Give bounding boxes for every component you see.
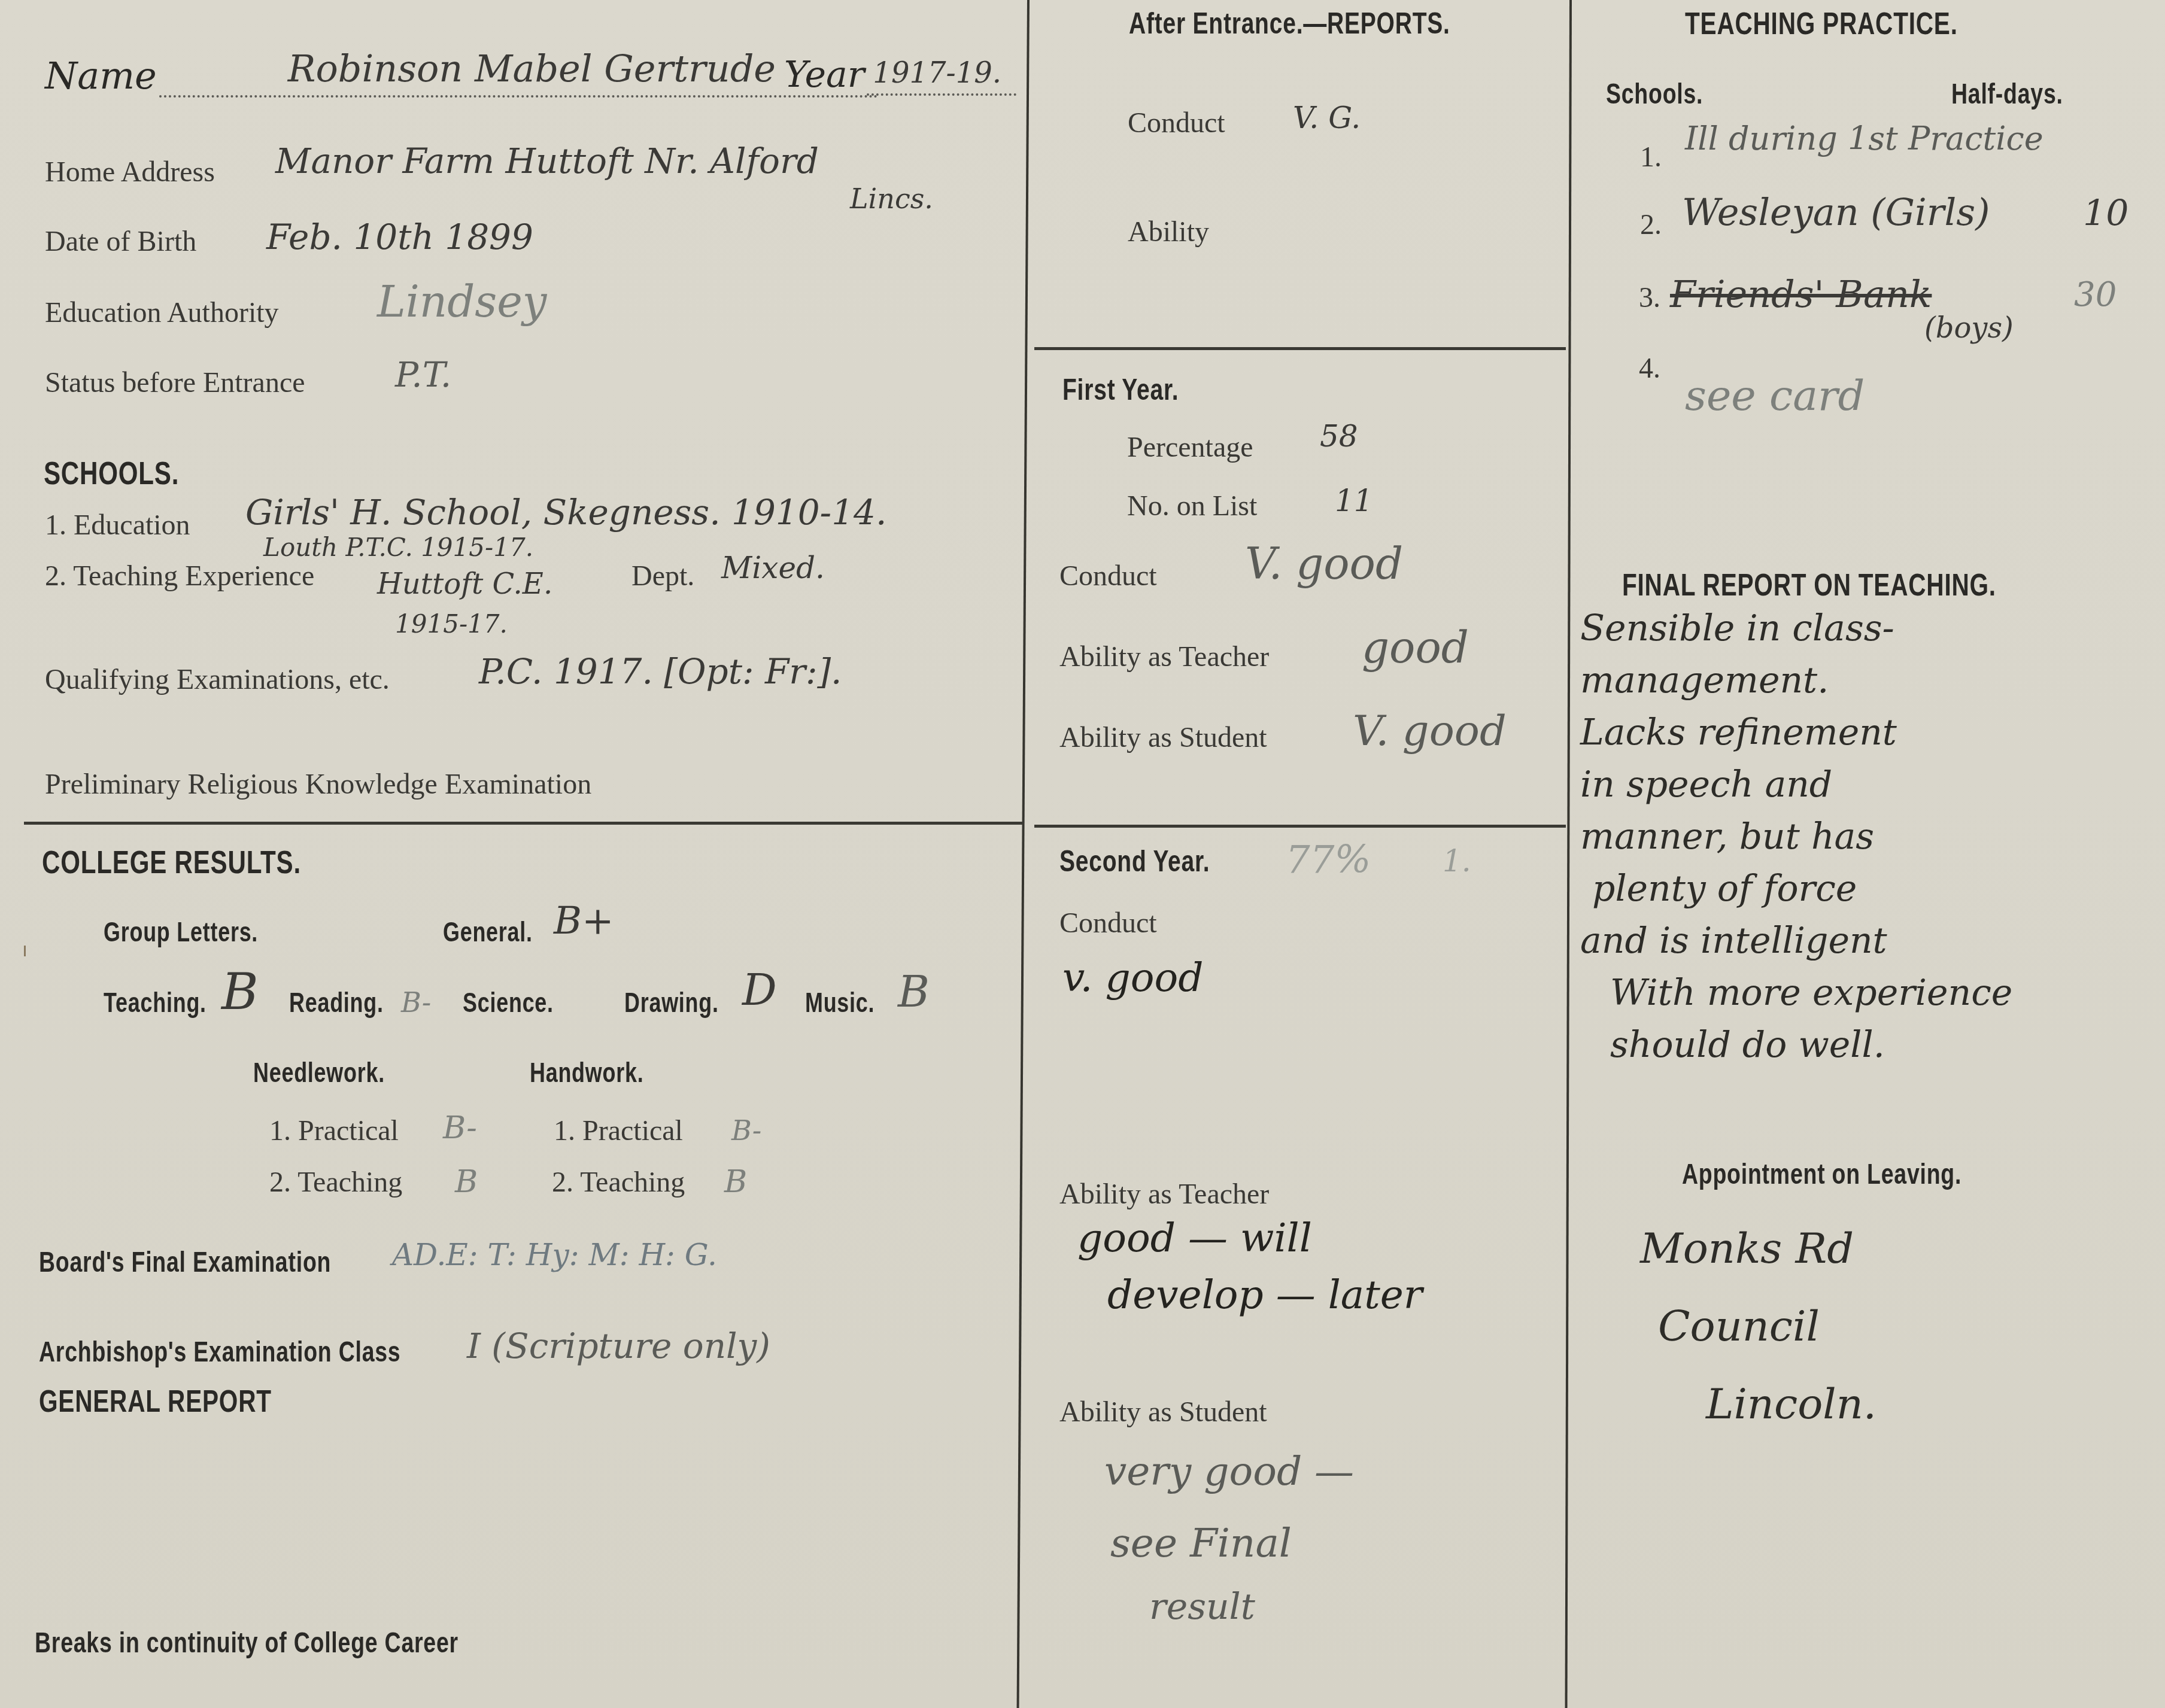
education-authority-value[interactable]: Lindsey	[377, 276, 547, 327]
first-year-conduct-label: Conduct	[1059, 560, 1157, 592]
handwork-teaching-label: 2. Teaching	[552, 1166, 685, 1199]
handwork-practical-value[interactable]: B-	[731, 1114, 761, 1147]
appointment-line[interactable]: Monks Rd	[1640, 1224, 1854, 1273]
needlework-practical-label: 1. Practical	[269, 1114, 399, 1147]
drawing-value[interactable]: D	[742, 965, 777, 1015]
teaching-practice-heading: TEACHING PRACTICE.	[1685, 6, 1958, 42]
science-label: Science.	[463, 986, 554, 1019]
second-year-percentage[interactable]: 77%	[1286, 838, 1371, 882]
boards-final-label: Board's Final Examination	[39, 1246, 331, 1279]
tp-num-4: 4.	[1639, 352, 1660, 385]
needlework-label: Needlework.	[253, 1056, 385, 1089]
dob-value[interactable]: Feb. 10th 1899	[266, 217, 533, 257]
second-year-conduct-label: Conduct	[1059, 907, 1157, 940]
tp-school-1[interactable]: Ill during 1st Practice	[1685, 120, 2043, 157]
reports-conduct-label: Conduct	[1128, 107, 1225, 139]
tp-half-days-label: Half-days.	[1951, 78, 2063, 111]
first-year-percentage-value[interactable]: 58	[1320, 419, 1358, 454]
column-divider-left	[1017, 0, 1030, 1708]
teaching-value[interactable]: B	[221, 962, 259, 1021]
final-report-line[interactable]: and is intelligent	[1580, 920, 1887, 962]
needlework-teaching-label: 2. Teaching	[269, 1166, 402, 1199]
needlework-teaching-value[interactable]: B	[455, 1164, 478, 1200]
religious-knowledge-label: Preliminary Religious Knowledge Examinat…	[45, 768, 591, 801]
handwork-practical-label: 1. Practical	[554, 1114, 683, 1147]
first-year-student-label: Ability as Student	[1059, 721, 1267, 754]
music-value[interactable]: B	[898, 967, 930, 1017]
final-report-line[interactable]: manner, but has	[1580, 816, 1874, 858]
dept-label: Dept.	[631, 560, 694, 592]
reports-heading: After Entrance.—REPORTS.	[1129, 6, 1450, 41]
dept-value[interactable]: Mixed.	[721, 551, 825, 585]
teaching-experience-label: 2. Teaching Experience	[45, 560, 314, 592]
education-authority-label: Education Authority	[45, 296, 279, 329]
tp-num-1: 1.	[1640, 141, 1662, 174]
second-year-list[interactable]: 1.	[1443, 844, 1471, 879]
group-letters-label: Group Letters.	[104, 916, 258, 948]
name-label: Name	[45, 54, 157, 98]
tp-school-2[interactable]: Wesleyan (Girls)	[1682, 190, 1990, 234]
first-year-list-value[interactable]: 11	[1335, 484, 1373, 518]
education-label: 1. Education	[45, 509, 190, 542]
breaks-label: Breaks in continuity of College Career	[35, 1627, 458, 1660]
second-year-student-label: Ability as Student	[1059, 1396, 1267, 1429]
appointment-line[interactable]: Lincoln.	[1706, 1379, 1876, 1429]
needlework-practical-value[interactable]: B-	[443, 1110, 477, 1146]
rule-mid-second-year	[1034, 825, 1566, 828]
tp-schools-label: Schools.	[1606, 78, 1703, 111]
final-report-line[interactable]: plenty of force	[1592, 868, 1857, 910]
rule-left-college	[24, 822, 1024, 825]
first-year-conduct-value[interactable]: V. good	[1245, 539, 1403, 589]
tp-num-2: 2.	[1640, 208, 1662, 241]
year-value[interactable]: 1917-19.	[873, 56, 1001, 90]
tp-halfdays-3[interactable]: 30	[2074, 275, 2117, 314]
final-report-line[interactable]: With more experience	[1610, 972, 2012, 1014]
reading-label: Reading.	[289, 986, 384, 1019]
second-year-teacher-label: Ability as Teacher	[1059, 1178, 1269, 1211]
first-year-student-value[interactable]: V. good	[1353, 706, 1507, 755]
final-report-line[interactable]: Lacks refinement	[1580, 712, 1897, 753]
second-year-heading: Second Year.	[1059, 844, 1210, 879]
first-year-list-label: No. on List	[1127, 490, 1257, 522]
final-report-line[interactable]: in speech and	[1580, 764, 1832, 806]
music-label: Music.	[805, 986, 874, 1019]
general-value[interactable]: B+	[554, 899, 614, 943]
teaching-experience-value[interactable]: Huttoft C.E.	[377, 567, 552, 601]
tp-school-3-sub[interactable]: (boys)	[1924, 311, 2014, 345]
paper-mark	[24, 946, 26, 956]
first-year-teacher-value[interactable]: good	[1362, 622, 1469, 673]
general-label: General.	[443, 916, 533, 948]
year-field: Year 1917-19.	[784, 54, 1016, 96]
final-report-line[interactable]: should do well.	[1610, 1024, 1885, 1066]
name-field: Name Robinson Mabel Gertrude	[45, 54, 877, 98]
year-label: Year	[784, 54, 864, 96]
second-year-conduct-value[interactable]: v. good	[1062, 955, 1203, 1001]
rule-mid-reports	[1034, 347, 1566, 350]
reports-conduct-value[interactable]: V. G.	[1293, 101, 1361, 135]
home-address-label: Home Address	[45, 156, 215, 189]
tp-num-3: 3.	[1639, 281, 1660, 314]
second-year-teacher-value-1[interactable]: good — will	[1077, 1215, 1312, 1261]
tp-school-3[interactable]: Friends' Bank	[1670, 272, 1932, 316]
first-year-teacher-label: Ability as Teacher	[1059, 640, 1269, 673]
appointment-line[interactable]: Council	[1658, 1302, 1820, 1351]
second-year-student-value-1[interactable]: very good —	[1104, 1448, 1354, 1494]
schools-heading: SCHOOLS.	[44, 455, 179, 492]
first-year-percentage-label: Percentage	[1127, 431, 1253, 464]
handwork-teaching-value[interactable]: B	[724, 1164, 747, 1200]
drawing-label: Drawing.	[624, 986, 719, 1019]
qualifying-value[interactable]: P.C. 1917. [Opt: Fr:].	[479, 651, 842, 692]
college-results-heading: COLLEGE RESULTS.	[42, 844, 301, 881]
archbishop-label: Archbishop's Examination Class	[39, 1336, 400, 1369]
tp-see-card[interactable]: see card	[1685, 371, 1865, 420]
education-value[interactable]: Girls' H. School, Skegness. 1910-14.	[245, 492, 886, 533]
reading-value[interactable]: B-	[401, 986, 431, 1019]
tp-halfdays-2[interactable]: 10	[2083, 193, 2128, 235]
archbishop-value[interactable]: I (Scripture only)	[467, 1326, 770, 1366]
qualifying-label: Qualifying Examinations, etc.	[45, 663, 390, 696]
status-label: Status before Entrance	[45, 366, 305, 399]
teaching-experience-years[interactable]: 1915-17.	[395, 609, 508, 639]
home-address-value[interactable]: Manor Farm Huttoft Nr. Alford	[275, 141, 819, 181]
status-value[interactable]: P.T.	[395, 354, 451, 395]
column-divider-right	[1565, 0, 1572, 1708]
second-year-student-value-3[interactable]: result	[1149, 1586, 1255, 1628]
second-year-teacher-value-2[interactable]: develop — later	[1107, 1272, 1422, 1318]
handwork-label: Handwork.	[530, 1056, 643, 1089]
name-value[interactable]: Robinson Mabel Gertrude	[288, 47, 776, 90]
general-report-label: GENERAL REPORT	[39, 1384, 272, 1420]
appointment-heading: Appointment on Leaving.	[1682, 1158, 1961, 1191]
final-report-line[interactable]: management.	[1580, 660, 1829, 701]
education-value-line2[interactable]: Louth P.T.C. 1915-17.	[263, 533, 533, 562]
first-year-heading: First Year.	[1062, 372, 1179, 407]
final-report-line[interactable]: Sensible in class-	[1580, 607, 1894, 649]
record-card: Name Robinson Mabel Gertrude Year 1917-1…	[0, 0, 2165, 1708]
final-report-heading: FINAL REPORT ON TEACHING.	[1622, 567, 1996, 603]
dob-label: Date of Birth	[45, 225, 196, 258]
boards-final-value[interactable]: AD.E: T: Hy: M: H: G.	[392, 1238, 717, 1272]
second-year-student-value-2[interactable]: see Final	[1110, 1520, 1292, 1566]
reports-ability-label: Ability	[1128, 215, 1209, 248]
teaching-label: Teaching.	[104, 986, 207, 1019]
home-address-value-line2[interactable]: Lincs.	[850, 183, 933, 215]
